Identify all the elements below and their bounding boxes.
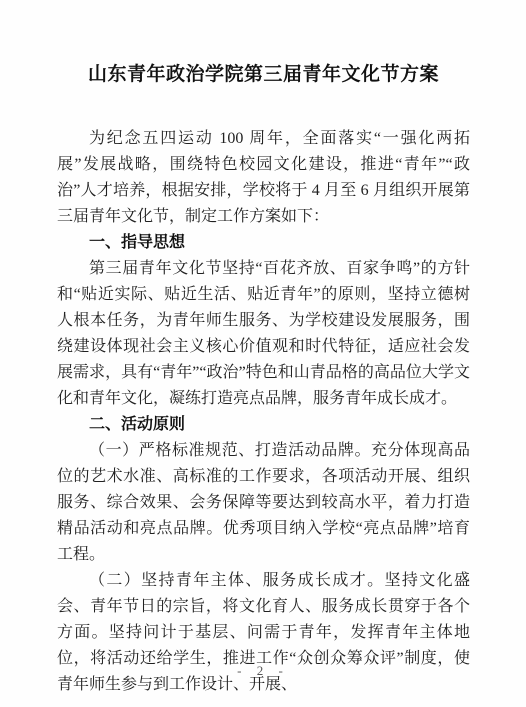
- page-number: - 2 -: [0, 663, 526, 679]
- document-page: 山东青年政治学院第三届青年文化节方案 为纪念五四运动 100 周年，全面落实“一…: [0, 0, 526, 707]
- heading-activity-principles: 二、活动原则: [57, 412, 470, 438]
- paragraph-guiding-ideology: 第三届青年文化节坚持“百花齐放、百家争鸣”的方针和“贴近实际、贴近生活、贴近青年…: [57, 256, 470, 412]
- heading-guiding-ideology: 一、指导思想: [57, 230, 470, 256]
- document-title: 山东青年政治学院第三届青年文化节方案: [57, 58, 470, 92]
- document-content: 山东青年政治学院第三届青年文化节方案 为纪念五四运动 100 周年，全面落实“一…: [57, 58, 470, 698]
- paragraph-principle-1: （一）严格标准规范、打造活动品牌。充分体现高品位的艺术水准、高标准的工作要求，各…: [57, 438, 470, 568]
- paragraph-intro: 为纪念五四运动 100 周年，全面落实“一强化两拓展”发展战略，围绕特色校园文化…: [57, 126, 470, 230]
